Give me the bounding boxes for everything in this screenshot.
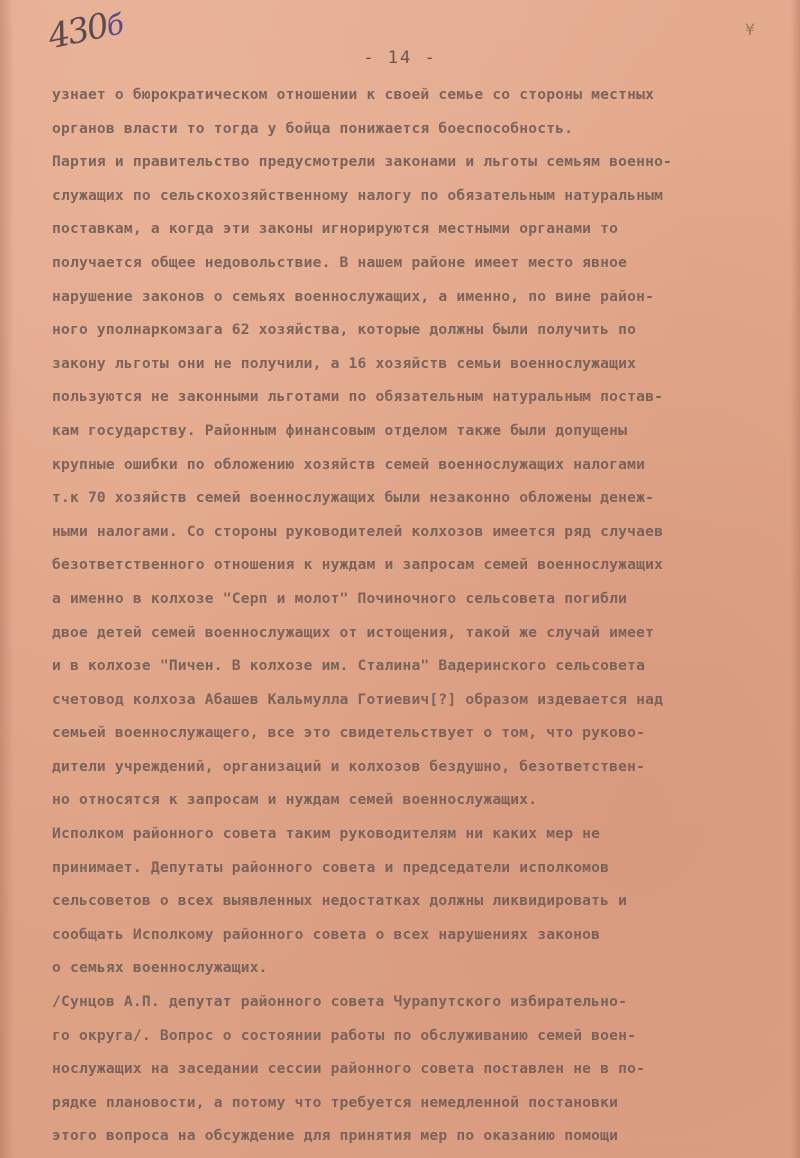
text-line: Партия и правительство предусмотрели зак… bbox=[52, 145, 782, 179]
text-line: безответственного отношения к нуждам и з… bbox=[52, 548, 782, 582]
text-line: рядке плановости, а потому что требуется… bbox=[52, 1086, 782, 1120]
text-line: го округа/. Вопрос о состоянии работы по… bbox=[52, 1019, 782, 1053]
text-line: этого вопроса на обсуждение для принятия… bbox=[52, 1119, 782, 1153]
text-line: т.к 70 хозяйств семей военнослужащих был… bbox=[52, 481, 782, 515]
staple-mark-icon: ¥ bbox=[744, 24, 756, 46]
text-line: поставкам, а когда эти законы игнорируют… bbox=[52, 212, 782, 246]
text-line: о семьях военнослужащих. bbox=[52, 951, 782, 985]
text-line: сельсоветов о всех выявленных недостатка… bbox=[52, 884, 782, 918]
text-line: служащих по сельскохозяйственному налогу… bbox=[52, 179, 782, 213]
text-line: а именно в колхозе "Серп и молот" Почино… bbox=[52, 582, 782, 616]
text-line: счетовод колхоза Абашев Кальмулла Готиев… bbox=[52, 683, 782, 717]
text-line: нослужащих на заседании сессии районного… bbox=[52, 1052, 782, 1086]
text-line: дители учреждений, организаций и колхозо… bbox=[52, 750, 782, 784]
text-line: ными налогами. Со стороны руководителей … bbox=[52, 515, 782, 549]
text-line: нарушение законов о семьях военнослужащи… bbox=[52, 280, 782, 314]
paper-left-edge bbox=[0, 0, 14, 1158]
paper-right-edge bbox=[790, 0, 800, 1158]
text-line: пользуются не законными льготами по обяз… bbox=[52, 380, 782, 414]
text-line: ного уполнаркомзага 62 хозяйства, которы… bbox=[52, 313, 782, 347]
text-line: семьей военнослужащего, все это свидетел… bbox=[52, 716, 782, 750]
text-line: /Сунцов А.П. депутат районного совета Чу… bbox=[52, 985, 782, 1019]
text-line: кам государству. Районным финансовым отд… bbox=[52, 414, 782, 448]
text-line: крупные ошибки по обложению хозяйств сем… bbox=[52, 448, 782, 482]
typewritten-body: узнает о бюрократическом отношении к сво… bbox=[52, 78, 782, 1153]
text-line: сообщать Исполкому районного совета о вс… bbox=[52, 918, 782, 952]
text-line: принимает. Депутаты районного совета и п… bbox=[52, 851, 782, 885]
page-number: - 14 - bbox=[0, 48, 800, 68]
text-line: закону льготы они не получили, а 16 хозя… bbox=[52, 347, 782, 381]
text-line: и в колхозе "Пичен. В колхозе им. Сталин… bbox=[52, 649, 782, 683]
text-line: но относятся к запросам и нуждам семей в… bbox=[52, 783, 782, 817]
text-line: Исполком районного совета таким руководи… bbox=[52, 817, 782, 851]
text-line: двое детей семей военнослужащих от истощ… bbox=[52, 616, 782, 650]
text-line: получается общее недовольствие. В нашем … bbox=[52, 246, 782, 280]
text-line: органов власти то тогда у бойца понижает… bbox=[52, 112, 782, 146]
text-line: узнает о бюрократическом отношении к сво… bbox=[52, 78, 782, 112]
